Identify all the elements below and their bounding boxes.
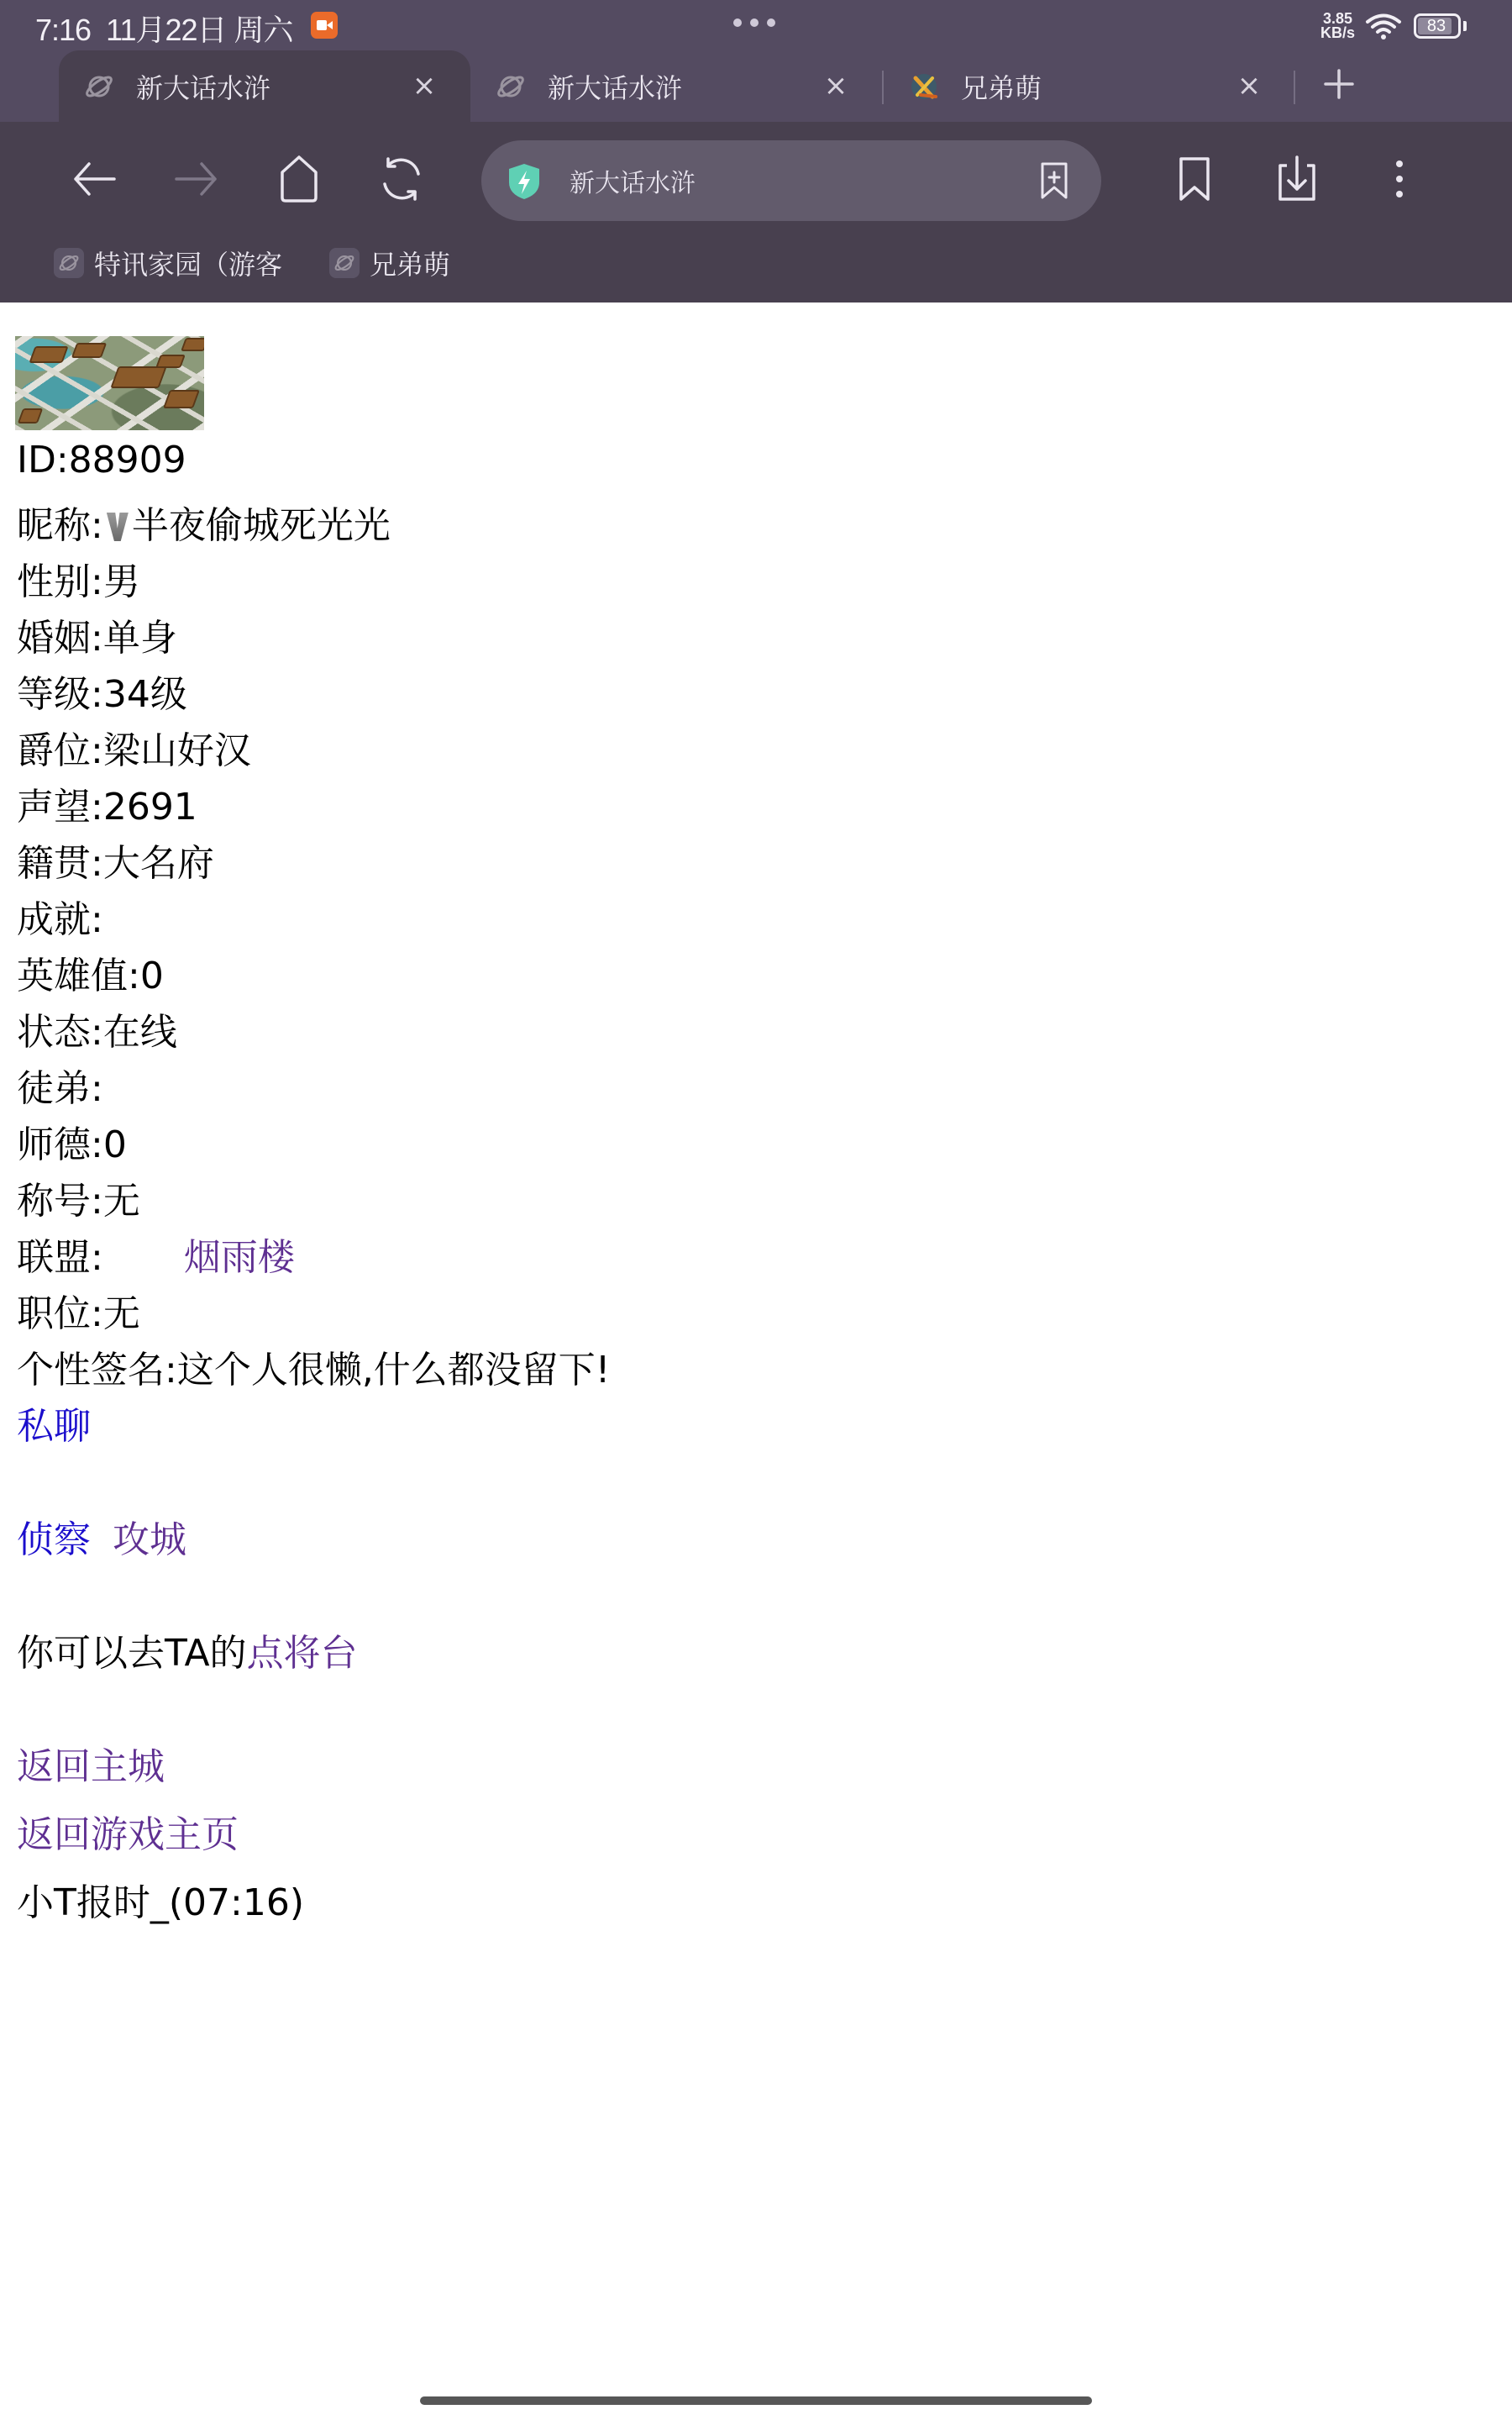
network-speed: 3.85 KB/s — [1320, 12, 1355, 40]
field-gender: 性别:男 — [17, 551, 140, 605]
bookmark-xiongdimeng[interactable]: 兄弟萌 — [329, 242, 450, 284]
back-arrow-icon[interactable] — [69, 154, 119, 204]
field-apprentice: 徒弟: — [17, 1058, 103, 1112]
battery-cap — [1463, 21, 1467, 31]
download-icon[interactable] — [1272, 154, 1322, 204]
game-logo-icon — [909, 71, 939, 102]
back-city-row: 返回主城 — [17, 1736, 165, 1790]
field-status: 状态:在线 — [17, 1002, 177, 1055]
planet-icon — [84, 71, 114, 102]
home-icon[interactable] — [274, 154, 324, 204]
back-home-row: 返回游戏主页 — [17, 1804, 239, 1858]
new-tab-icon[interactable] — [1320, 66, 1357, 103]
time-announcement: 小T报时_(07:16) — [17, 1872, 304, 1926]
home-indicator-bar[interactable] — [420, 2396, 1092, 2405]
field-reputation: 声望:2691 — [17, 776, 197, 830]
vip-badge-icon — [107, 513, 129, 541]
dianjiangtai-link[interactable]: 点将台 — [247, 1632, 358, 1675]
field-position: 职位:无 — [17, 1283, 140, 1337]
alliance-link[interactable]: 烟雨楼 — [184, 1236, 295, 1279]
status-time-date: 7:16 11月22日 周六 — [35, 7, 293, 50]
bookmark-texun-home[interactable]: 特讯家园（游客 — [54, 242, 282, 284]
bookmark-label: 特讯家园（游客 — [94, 244, 282, 282]
battery-icon: 83 — [1414, 13, 1461, 39]
player-id: ID:88909 — [17, 439, 186, 481]
field-signature: 个性签名:这个人很懒,什么都没留下! — [17, 1339, 610, 1393]
address-bar[interactable]: 新大话水浒 — [481, 140, 1101, 221]
player-nickname: 昵称:半夜偷城死光光 — [17, 495, 391, 549]
status-bar: 7:16 11月22日 周六 3.85 KB/s 83 — [0, 0, 1512, 50]
scout-link[interactable]: 侦察 — [17, 1518, 91, 1561]
add-bookmark-icon[interactable] — [1036, 160, 1073, 203]
planet-icon — [54, 248, 84, 278]
field-marriage: 婚姻:单身 — [17, 608, 177, 661]
more-menu-icon[interactable] — [1374, 154, 1425, 204]
planet-icon — [496, 71, 526, 102]
security-shield-icon[interactable] — [507, 162, 542, 201]
field-hero-value: 英雄值:0 — [17, 945, 164, 999]
city-banner-image — [15, 336, 204, 430]
field-alliance: 联盟: 烟雨楼 — [17, 1227, 295, 1281]
refresh-icon[interactable] — [376, 154, 427, 204]
tab-title: 兄弟萌 — [961, 67, 1042, 106]
field-hometown: 籍贯:大名府 — [17, 833, 214, 886]
field-rank: 爵位:梁山好汉 — [17, 720, 251, 774]
field-level: 等级:34级 — [17, 664, 187, 718]
tab-xindahua-shuihu-1[interactable]: 新大话水浒 × — [59, 50, 470, 123]
back-to-game-home-link[interactable]: 返回游戏主页 — [17, 1813, 239, 1856]
close-tab-icon[interactable]: × — [412, 71, 437, 101]
tab-xindahua-shuihu-2[interactable]: 新大话水浒 × — [470, 50, 882, 123]
browser-toolbar: 新大话水浒 特讯家园（游客 兄弟萌 — [0, 122, 1512, 302]
tab-title: 新大话水浒 — [136, 67, 270, 106]
close-tab-icon[interactable]: × — [1236, 71, 1262, 101]
bookmarks-icon[interactable] — [1169, 154, 1220, 204]
forward-arrow-icon[interactable] — [171, 154, 222, 204]
visit-hint-row: 你可以去TA的点将台 — [17, 1623, 358, 1676]
tab-title: 新大话水浒 — [548, 67, 682, 106]
attack-city-link[interactable]: 攻城 — [113, 1518, 186, 1561]
close-tab-icon[interactable]: × — [823, 71, 848, 101]
field-achievement: 成就: — [17, 889, 103, 943]
private-chat-row: 私聊 — [17, 1396, 91, 1449]
more-dots-icon[interactable] — [733, 18, 775, 27]
planet-icon — [329, 248, 360, 278]
battery-level: 83 — [1416, 16, 1457, 36]
screen-record-icon — [311, 12, 338, 39]
wifi-icon — [1365, 12, 1402, 40]
private-chat-link[interactable]: 私聊 — [17, 1405, 91, 1448]
battle-actions-row: 侦察 攻城 — [17, 1509, 186, 1563]
field-title: 称号:无 — [17, 1171, 140, 1224]
tab-separator — [1294, 71, 1295, 104]
tab-xiongdimeng[interactable]: 兄弟萌 × — [884, 50, 1295, 123]
tab-strip: 7:16 11月22日 周六 3.85 KB/s 83 新大话水浒 × — [0, 0, 1512, 122]
field-mentor-virtue: 师德:0 — [17, 1114, 127, 1168]
address-text[interactable]: 新大话水浒 — [570, 162, 696, 199]
back-to-main-city-link[interactable]: 返回主城 — [17, 1745, 165, 1788]
bookmark-label: 兄弟萌 — [370, 244, 450, 282]
